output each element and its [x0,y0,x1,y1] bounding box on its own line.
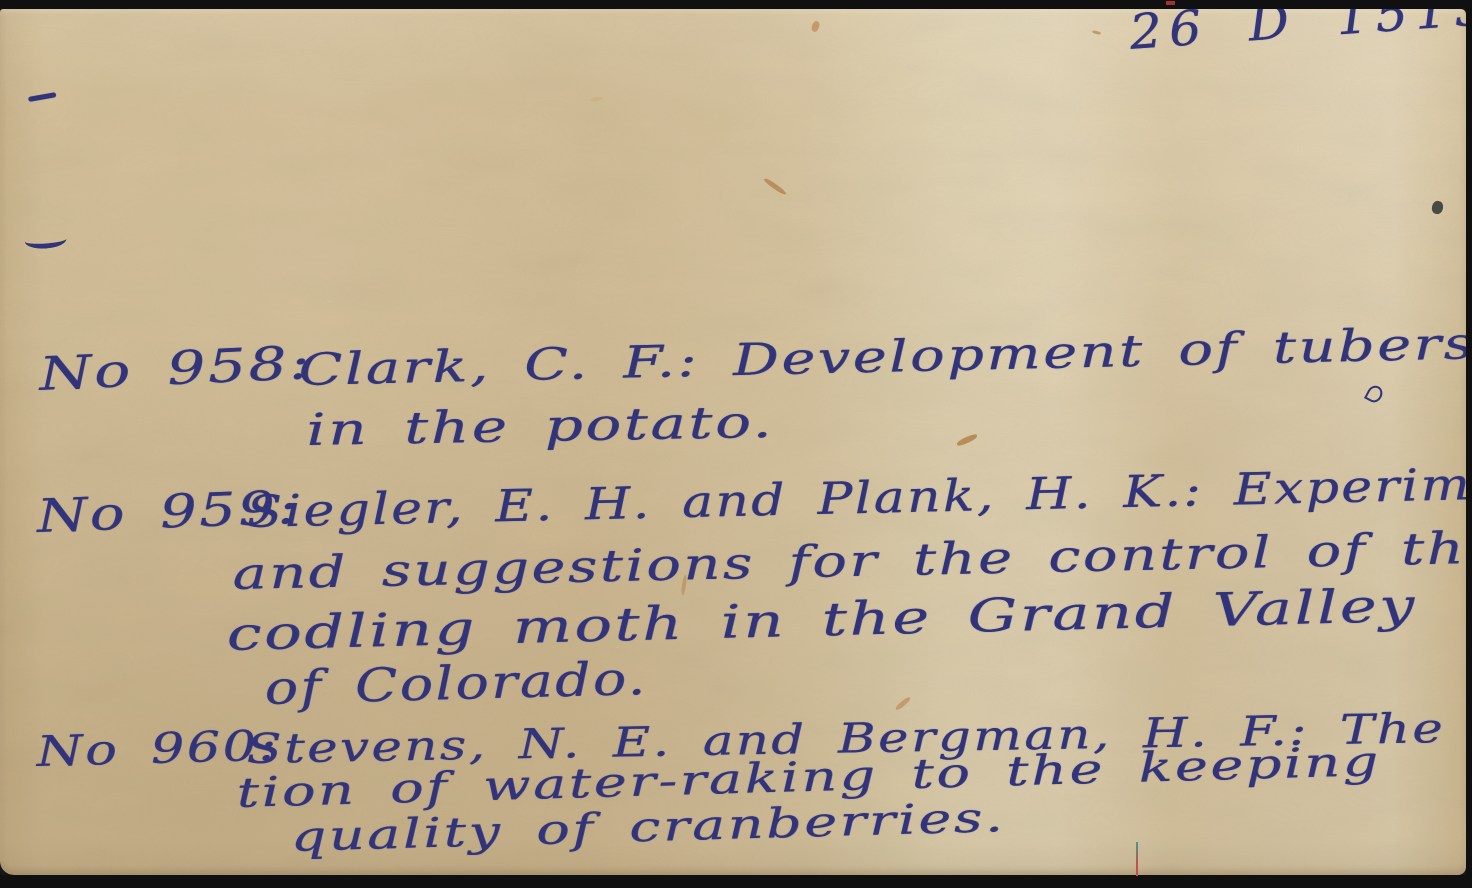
scan-artifact-red-speck [1166,1,1175,5]
fiber-speck [590,96,603,102]
fiber-speck [810,20,820,33]
index-card: 26 D 1515 No 958: Clark, C. F.: Developm… [0,9,1466,875]
scanned-card-image: 26 D 1515 No 958: Clark, C. F.: Developm… [0,0,1472,888]
entry-line: of Colorado. [264,655,648,711]
fiber-speck [956,433,978,448]
entry-number: No 958: [38,339,313,397]
scan-artifact-line [1136,842,1138,876]
scan-edge-right [1466,0,1472,888]
ink-speck [1364,383,1385,405]
entry-line: in the potato. [306,401,774,453]
entry-number: No 960: [36,725,279,773]
scan-edge-bottom [0,875,1472,888]
scan-edge-top [0,0,1472,9]
entry-line: Clark, C. F.: Development of tubers [298,322,1472,393]
fiber-speck [894,696,911,711]
ink-dash [24,230,67,250]
dirt-speck [1431,200,1444,215]
entry-line: Siegler, E. H. and Plank, H. K.: Experim… [246,460,1472,535]
fiber-speck [763,177,787,196]
ink-dash [28,92,56,102]
fiber-speck [1092,30,1101,35]
